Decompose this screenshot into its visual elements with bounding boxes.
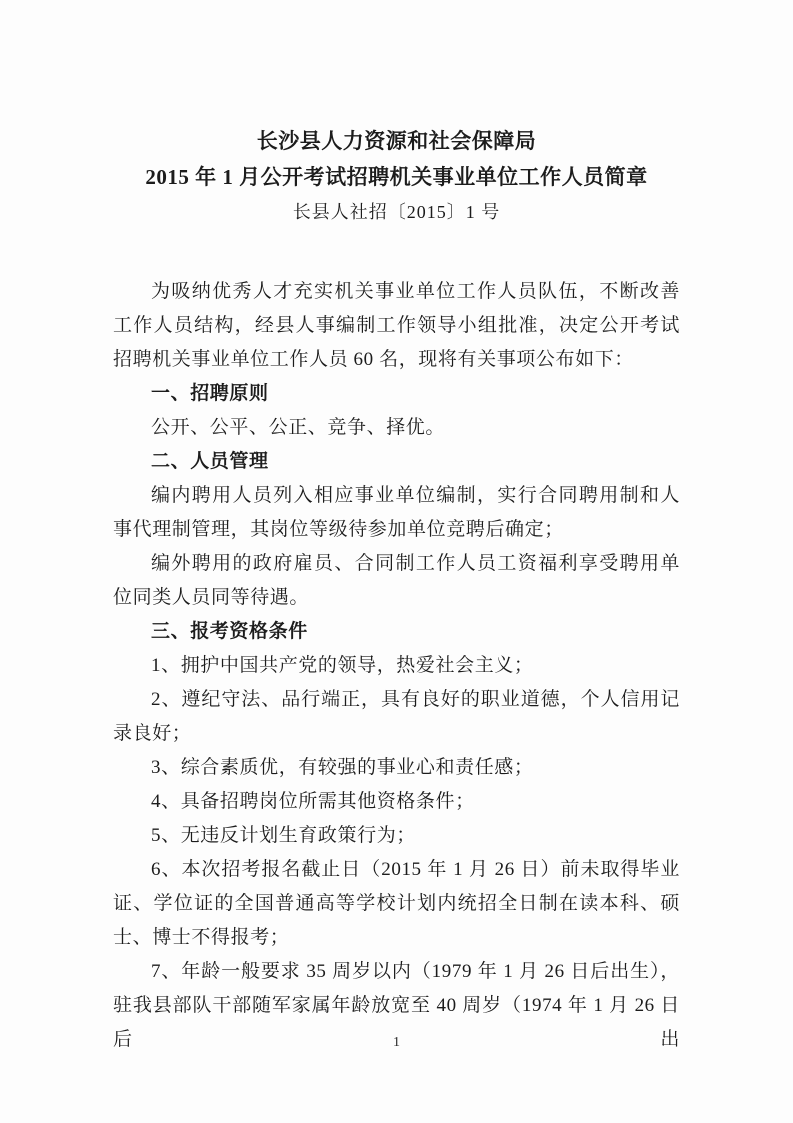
document-header: 长沙县人力资源和社会保障局 2015 年 1 月公开考试招聘机关事业单位工作人员…	[113, 123, 680, 229]
list-item-6: 6、本次招考报名截止日（2015 年 1 月 26 日）前未取得毕业证、学位证的…	[113, 853, 680, 955]
intro-paragraph: 为吸纳优秀人才充实机关事业单位工作人员队伍，不断改善工作人员结构，经县人事编制工…	[113, 275, 680, 377]
section-heading-qualification-criteria: 三、报考资格条件	[113, 615, 680, 649]
section-heading-recruitment-principles: 一、招聘原则	[113, 377, 680, 411]
body-paragraph: 编外聘用的政府雇员、合同制工作人员工资福利享受聘用单位同类人员同等待遇。	[113, 547, 680, 615]
section-heading-personnel-management: 二、人员管理	[113, 445, 680, 479]
list-item-4: 4、具备招聘岗位所需其他资格条件；	[113, 785, 680, 819]
list-item-3: 3、综合素质优，有较强的事业心和责任感；	[113, 751, 680, 785]
list-item-5: 5、无违反计划生育政策行为；	[113, 819, 680, 853]
body-paragraph: 编内聘用人员列入相应事业单位编制，实行合同聘用制和人事代理制管理，其岗位等级待参…	[113, 479, 680, 547]
list-item-1: 1、拥护中国共产党的领导，热爱社会主义；	[113, 649, 680, 683]
document-title-line-2: 2015 年 1 月公开考试招聘机关事业单位工作人员简章	[113, 159, 680, 195]
document-content: 长沙县人力资源和社会保障局 2015 年 1 月公开考试招聘机关事业单位工作人员…	[0, 0, 793, 1057]
list-item-2: 2、遵纪守法、品行端正，具有良好的职业道德，个人信用记录良好；	[113, 683, 680, 751]
document-body: 为吸纳优秀人才充实机关事业单位工作人员队伍，不断改善工作人员结构，经县人事编制工…	[113, 275, 680, 1057]
page-number: 1	[393, 1035, 400, 1050]
body-paragraph: 公开、公平、公正、竞争、择优。	[113, 411, 680, 445]
document-number: 长县人社招〔2015〕1 号	[113, 195, 680, 229]
document-page: 长沙县人力资源和社会保障局 2015 年 1 月公开考试招聘机关事业单位工作人员…	[0, 0, 793, 1123]
document-title-line-1: 长沙县人力资源和社会保障局	[113, 123, 680, 159]
page-footer: 1	[0, 1034, 793, 1052]
